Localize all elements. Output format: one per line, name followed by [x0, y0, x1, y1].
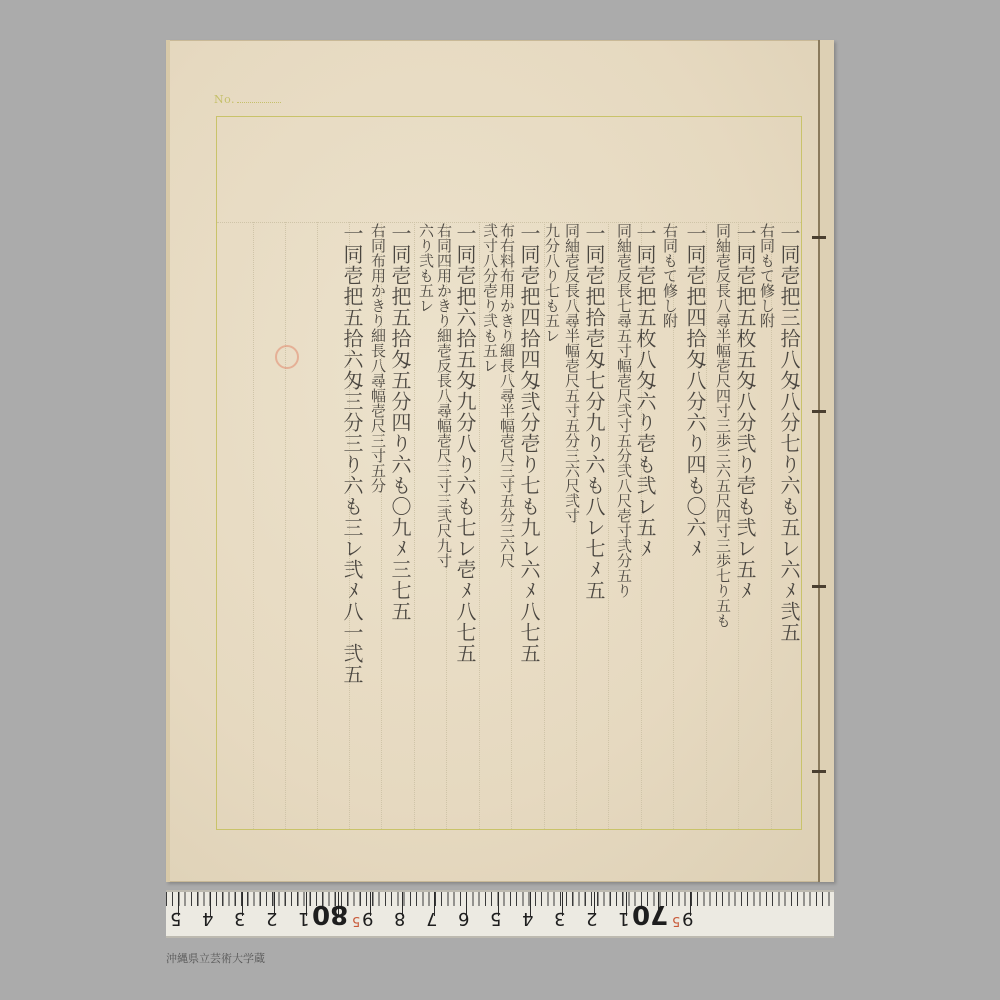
- ledger-column-note: 同紬壱反長七尋五寸幅壱尺弐寸五分弐八尺壱寸弐分五り: [609, 223, 639, 598]
- ledger-column-note: 六り弐も五レ: [411, 223, 441, 313]
- ruler-label: 5: [490, 908, 501, 928]
- red-seal-mark: [275, 345, 299, 369]
- ruler-label: 70: [632, 904, 668, 924]
- no-dotted-line: [237, 94, 281, 103]
- binding-margin: [820, 40, 834, 882]
- collection-caption: 沖縄県立芸術大学蔵: [166, 950, 265, 966]
- ruler-ticks: [166, 892, 834, 906]
- binding-stitch: [812, 770, 826, 773]
- column-rule: [285, 222, 286, 829]
- column-rule: [317, 222, 318, 829]
- column-rule: [253, 222, 254, 829]
- ruler-label: 7: [426, 908, 437, 928]
- ruler-label: 2: [586, 908, 597, 928]
- ruled-frame: 一同壱把三拾八匁八分七り六も五レ六ﾒ弐五 右同もて修し附 一同壱把五枚五匁八分弐…: [216, 116, 802, 830]
- page-edge: [166, 40, 170, 882]
- ruler-label: 80: [312, 904, 348, 924]
- ruler-label: 6: [458, 908, 469, 928]
- ledger-column-note: 右同布用かきり細長八尋幅壱尺三寸五分: [363, 223, 393, 493]
- binding-stitch: [812, 410, 826, 413]
- ledger-column: 一同壱把五拾六匁三分三り六も三レ弐ﾒ八一弐五: [337, 223, 367, 685]
- ruler-label-half: 5: [672, 910, 680, 930]
- number-label: No.: [214, 93, 281, 106]
- ruler-label: 2: [266, 908, 277, 928]
- ruler-label: 9: [682, 908, 693, 928]
- notebook-page: No. 一同壱把三拾八匁八分七り六も五レ六ﾒ弐五 右同もて修し附 一同壱把五枚五…: [166, 40, 834, 882]
- binding-stitch: [812, 585, 826, 588]
- ledger-column-note: 同紬壱反長八尋半幅壱尺四寸三歩三六五尺四寸三歩七り五も: [708, 223, 738, 628]
- ruler-label: 8: [394, 908, 405, 928]
- ruler-label: 1: [298, 908, 309, 928]
- ruler-label: 3: [234, 908, 245, 928]
- no-label-text: No.: [214, 93, 235, 106]
- ruler-label: 4: [202, 908, 213, 928]
- measuring-ruler: 5 4 3 2 1 80 5 9 8 7 6 5 4 3 2 1 70 5 9: [166, 890, 834, 938]
- binding-stitch: [812, 236, 826, 239]
- ruler-label: 5: [170, 908, 181, 928]
- ruler-label-half: 5: [352, 910, 360, 930]
- ruler-label: 4: [522, 908, 533, 928]
- ruler-label: 3: [554, 908, 565, 928]
- ruler-label: 1: [618, 908, 629, 928]
- binding-line: [818, 40, 820, 882]
- ruler-label: 9: [362, 908, 373, 928]
